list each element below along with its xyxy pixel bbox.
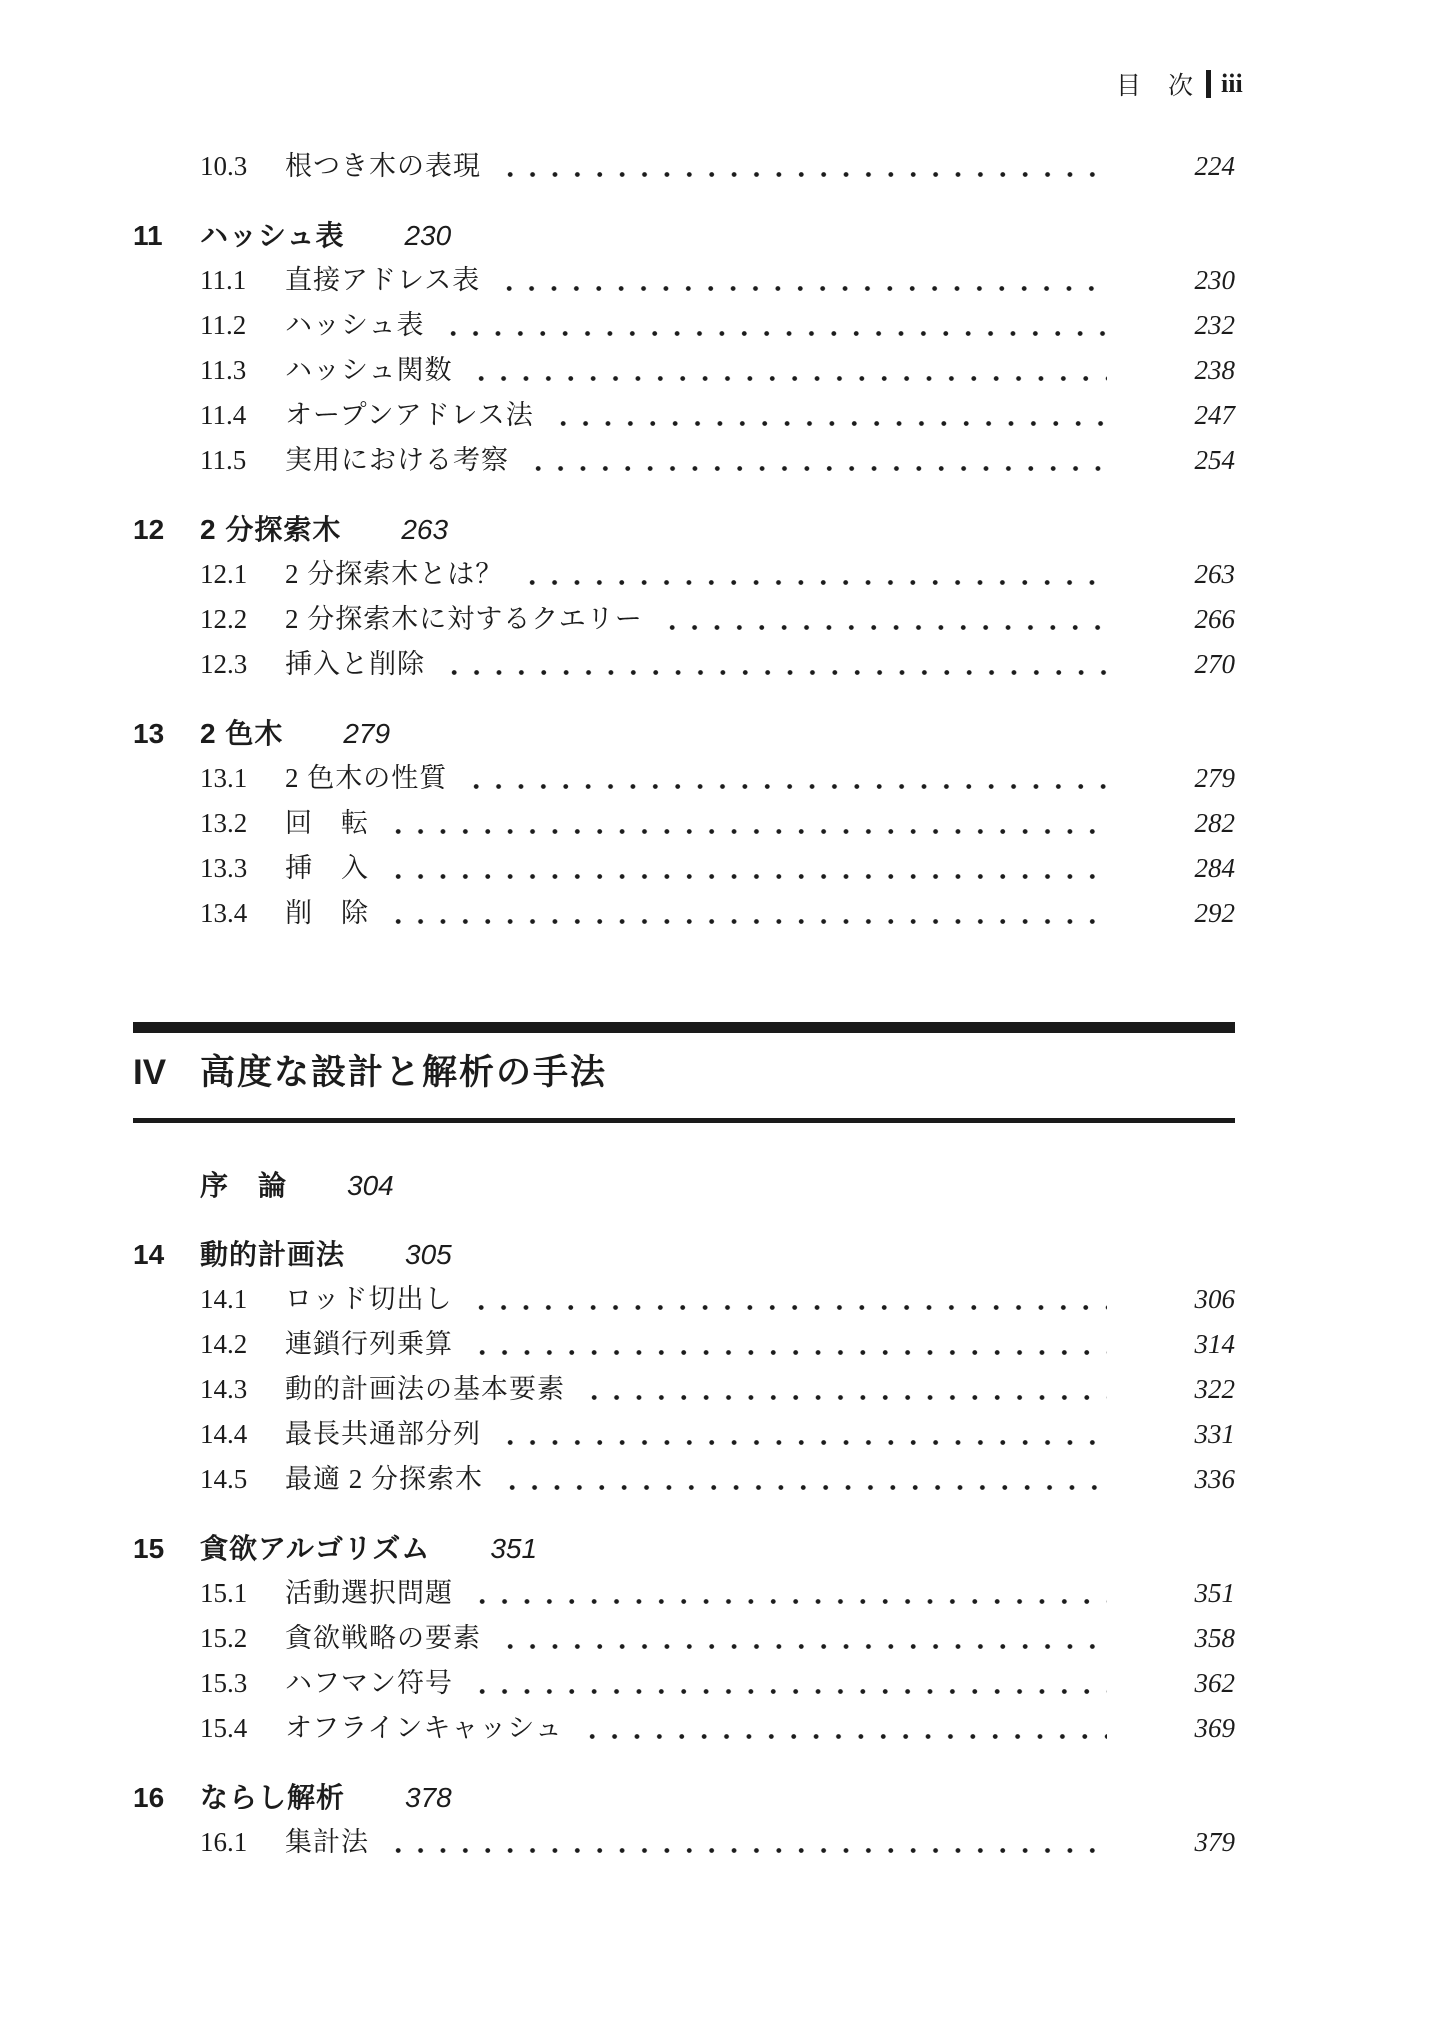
toc-section-entry: 11.5実用における考察254 bbox=[133, 438, 1235, 483]
toc-section-entry: 15.4オフラインキャッシュ369 bbox=[133, 1706, 1235, 1751]
dot-leader bbox=[519, 438, 1107, 483]
toc-section-entry: 12.12 分探索木とは？263 bbox=[133, 552, 1235, 597]
dot-leader bbox=[513, 552, 1107, 597]
toc-chapter-entry: 11ハッシュ表230 bbox=[133, 213, 1235, 258]
toc-chapter-entry: 14動的計画法305 bbox=[133, 1232, 1235, 1277]
section-number: 16.1 bbox=[200, 1820, 285, 1865]
toc-chapter-entry: 132 色木279 bbox=[133, 711, 1235, 756]
section-title: 最適 2 分探索木 bbox=[285, 1457, 483, 1502]
dot-leader bbox=[463, 1571, 1107, 1616]
section-title: ロッド切出し bbox=[285, 1277, 452, 1322]
dot-leader bbox=[493, 1457, 1107, 1502]
dot-leader bbox=[457, 756, 1107, 801]
chapter-title: 2 色木 bbox=[200, 711, 283, 756]
page-number: 362 bbox=[1107, 1661, 1235, 1706]
section-number: 12.3 bbox=[200, 642, 285, 687]
page-number: 369 bbox=[1107, 1706, 1235, 1751]
chapter-number: 16 bbox=[133, 1775, 200, 1820]
page-number: 247 bbox=[1107, 393, 1235, 438]
running-head-page-number: iii bbox=[1221, 69, 1243, 99]
page-number: 358 bbox=[1107, 1616, 1235, 1661]
chapter-page-number: 279 bbox=[343, 711, 390, 756]
section-title: 2 分探索木に対するクエリー bbox=[285, 597, 643, 642]
section-title: 削 除 bbox=[285, 891, 369, 936]
page-number: 266 bbox=[1107, 597, 1235, 642]
part-title: 高度な設計と解析の手法 bbox=[200, 1049, 607, 1097]
toc-section-entry: 14.4最長共通部分列331 bbox=[133, 1412, 1235, 1457]
dot-leader bbox=[491, 144, 1107, 189]
part-top-rule bbox=[133, 1022, 1235, 1033]
section-number: 12.2 bbox=[200, 597, 285, 642]
toc-section-entry: 10.3根つき木の表現224 bbox=[133, 144, 1235, 189]
section-title: 活動選択問題 bbox=[285, 1571, 453, 1616]
dot-leader bbox=[653, 597, 1107, 642]
section-title: 実用における考察 bbox=[285, 438, 509, 483]
section-number: 11.3 bbox=[200, 348, 285, 393]
dot-leader bbox=[379, 891, 1107, 936]
section-number: 13.3 bbox=[200, 846, 285, 891]
page-number: 351 bbox=[1107, 1571, 1235, 1616]
dot-leader bbox=[462, 1277, 1107, 1322]
chapter-title: 動的計画法 bbox=[200, 1232, 345, 1277]
page-number: 282 bbox=[1107, 801, 1235, 846]
section-number: 11.4 bbox=[200, 393, 285, 438]
section-number: 14.4 bbox=[200, 1412, 285, 1457]
toc-section-entry: 15.3ハフマン符号362 bbox=[133, 1661, 1235, 1706]
chapter-number: 12 bbox=[133, 507, 200, 552]
page-number: 379 bbox=[1107, 1820, 1235, 1865]
dot-leader bbox=[575, 1367, 1107, 1412]
part-bottom-rule bbox=[133, 1118, 1235, 1123]
section-number: 11.1 bbox=[200, 258, 285, 303]
page-number: 322 bbox=[1107, 1367, 1235, 1412]
section-title: 貪欲戦略の要素 bbox=[285, 1616, 481, 1661]
toc-chapter-entry: 16ならし解析378 bbox=[133, 1775, 1235, 1820]
toc-intro-entry: 序 論304 bbox=[133, 1163, 1235, 1208]
toc-section-entry: 11.2ハッシュ表232 bbox=[133, 303, 1235, 348]
toc-section-entry: 16.1集計法379 bbox=[133, 1820, 1235, 1865]
dot-leader bbox=[463, 1322, 1107, 1367]
dot-leader bbox=[490, 258, 1107, 303]
page-number: 331 bbox=[1107, 1412, 1235, 1457]
section-title: 挿 入 bbox=[285, 846, 369, 891]
dot-leader bbox=[491, 1412, 1107, 1457]
dot-leader bbox=[379, 1820, 1107, 1865]
chapter-number: 13 bbox=[133, 711, 200, 756]
dot-leader bbox=[463, 1661, 1107, 1706]
intro-title: 序 論 bbox=[200, 1163, 287, 1208]
section-number: 12.1 bbox=[200, 552, 285, 597]
toc-section-entry: 14.3動的計画法の基本要素322 bbox=[133, 1367, 1235, 1412]
section-title: オープンアドレス法 bbox=[285, 393, 534, 438]
dot-leader bbox=[379, 801, 1107, 846]
page-number: 232 bbox=[1107, 303, 1235, 348]
section-number: 14.3 bbox=[200, 1367, 285, 1412]
section-title: オフラインキャッシュ bbox=[285, 1706, 563, 1751]
section-title: ハッシュ関数 bbox=[285, 348, 452, 393]
running-head-separator-rule bbox=[1206, 70, 1211, 98]
part-heading: IV高度な設計と解析の手法 bbox=[133, 1049, 1235, 1097]
part-number: IV bbox=[133, 1049, 200, 1097]
section-number: 15.1 bbox=[200, 1571, 285, 1616]
section-title: 挿入と削除 bbox=[285, 642, 425, 687]
section-title: 直接アドレス表 bbox=[285, 258, 480, 303]
dot-leader bbox=[462, 348, 1107, 393]
toc-section-entry: 11.1直接アドレス表230 bbox=[133, 258, 1235, 303]
dot-leader bbox=[379, 846, 1107, 891]
page-number: 292 bbox=[1107, 891, 1235, 936]
part-divider: IV高度な設計と解析の手法 bbox=[133, 1022, 1235, 1123]
section-title: 連鎖行列乗算 bbox=[285, 1322, 453, 1367]
section-number: 14.5 bbox=[200, 1457, 285, 1502]
page-number: 270 bbox=[1107, 642, 1235, 687]
section-number: 13.4 bbox=[200, 891, 285, 936]
section-number: 11.2 bbox=[200, 303, 285, 348]
toc-section-entry: 14.5最適 2 分探索木336 bbox=[133, 1457, 1235, 1502]
toc-section-entry: 15.1活動選択問題351 bbox=[133, 1571, 1235, 1616]
section-number: 11.5 bbox=[200, 438, 285, 483]
dot-leader bbox=[491, 1616, 1107, 1661]
section-title: 根つき木の表現 bbox=[285, 144, 481, 189]
section-number: 13.1 bbox=[200, 756, 285, 801]
section-title: 集計法 bbox=[285, 1820, 369, 1865]
page-number: 336 bbox=[1107, 1457, 1235, 1502]
dot-leader bbox=[544, 393, 1107, 438]
toc-chapter-entry: 122 分探索木263 bbox=[133, 507, 1235, 552]
dot-leader bbox=[434, 303, 1107, 348]
toc-section-entry: 11.3ハッシュ関数238 bbox=[133, 348, 1235, 393]
toc-section-entry: 13.12 色木の性質279 bbox=[133, 756, 1235, 801]
page-number: 263 bbox=[1107, 552, 1235, 597]
section-number: 15.2 bbox=[200, 1616, 285, 1661]
page-number: 238 bbox=[1107, 348, 1235, 393]
chapter-number: 14 bbox=[133, 1232, 200, 1277]
section-number: 15.4 bbox=[200, 1706, 285, 1751]
section-number: 14.1 bbox=[200, 1277, 285, 1322]
section-title: ハフマン符号 bbox=[285, 1661, 453, 1706]
chapter-page-number: 230 bbox=[404, 213, 451, 258]
chapter-page-number: 378 bbox=[405, 1775, 452, 1820]
chapter-page-number: 351 bbox=[490, 1526, 537, 1571]
section-number: 13.2 bbox=[200, 801, 285, 846]
toc-chapter-entry: 15貪欲アルゴリズム351 bbox=[133, 1526, 1235, 1571]
page-number: 230 bbox=[1107, 258, 1235, 303]
section-title: 最長共通部分列 bbox=[285, 1412, 481, 1457]
page-number: 254 bbox=[1107, 438, 1235, 483]
running-head-title: 目 次 bbox=[1116, 66, 1194, 102]
page-number: 224 bbox=[1107, 144, 1235, 189]
toc-section-entry: 12.22 分探索木に対するクエリー266 bbox=[133, 597, 1235, 642]
chapter-title: 2 分探索木 bbox=[200, 507, 341, 552]
page-number: 284 bbox=[1107, 846, 1235, 891]
toc-section-entry: 11.4オープンアドレス法247 bbox=[133, 393, 1235, 438]
dot-leader bbox=[573, 1706, 1107, 1751]
toc-section-entry: 13.2回 転282 bbox=[133, 801, 1235, 846]
toc-section-entry: 15.2貪欲戦略の要素358 bbox=[133, 1616, 1235, 1661]
toc-page: 目 次 iii 10.3根つき木の表現22411ハッシュ表23011.1直接アド… bbox=[0, 0, 1433, 2024]
running-head: 目 次 iii bbox=[1116, 66, 1243, 102]
page-number: 279 bbox=[1107, 756, 1235, 801]
dot-leader bbox=[435, 642, 1107, 687]
toc-section-entry: 12.3挿入と削除270 bbox=[133, 642, 1235, 687]
chapter-page-number: 305 bbox=[405, 1232, 452, 1277]
section-number: 15.3 bbox=[200, 1661, 285, 1706]
chapter-title: ならし解析 bbox=[200, 1775, 345, 1820]
section-title: 2 色木の性質 bbox=[285, 756, 447, 801]
chapter-number: 15 bbox=[133, 1526, 200, 1571]
section-number: 10.3 bbox=[200, 144, 285, 189]
section-number: 14.2 bbox=[200, 1322, 285, 1367]
toc-section-entry: 14.1ロッド切出し306 bbox=[133, 1277, 1235, 1322]
toc-section-entry: 14.2連鎖行列乗算314 bbox=[133, 1322, 1235, 1367]
chapter-title: ハッシュ表 bbox=[200, 213, 344, 258]
section-title: ハッシュ表 bbox=[285, 303, 424, 348]
toc-section-entry: 13.3挿 入284 bbox=[133, 846, 1235, 891]
page-number: 314 bbox=[1107, 1322, 1235, 1367]
toc-section-entry: 13.4削 除292 bbox=[133, 891, 1235, 936]
section-title: 2 分探索木とは？ bbox=[285, 552, 503, 597]
page-number: 306 bbox=[1107, 1277, 1235, 1322]
chapter-page-number: 263 bbox=[401, 507, 448, 552]
chapter-number: 11 bbox=[133, 213, 200, 258]
toc-list: 10.3根つき木の表現22411ハッシュ表23011.1直接アドレス表23011… bbox=[133, 144, 1235, 1865]
section-title: 動的計画法の基本要素 bbox=[285, 1367, 565, 1412]
section-title: 回 転 bbox=[285, 801, 369, 846]
chapter-title: 貪欲アルゴリズム bbox=[200, 1526, 430, 1571]
intro-page-number: 304 bbox=[347, 1163, 394, 1208]
